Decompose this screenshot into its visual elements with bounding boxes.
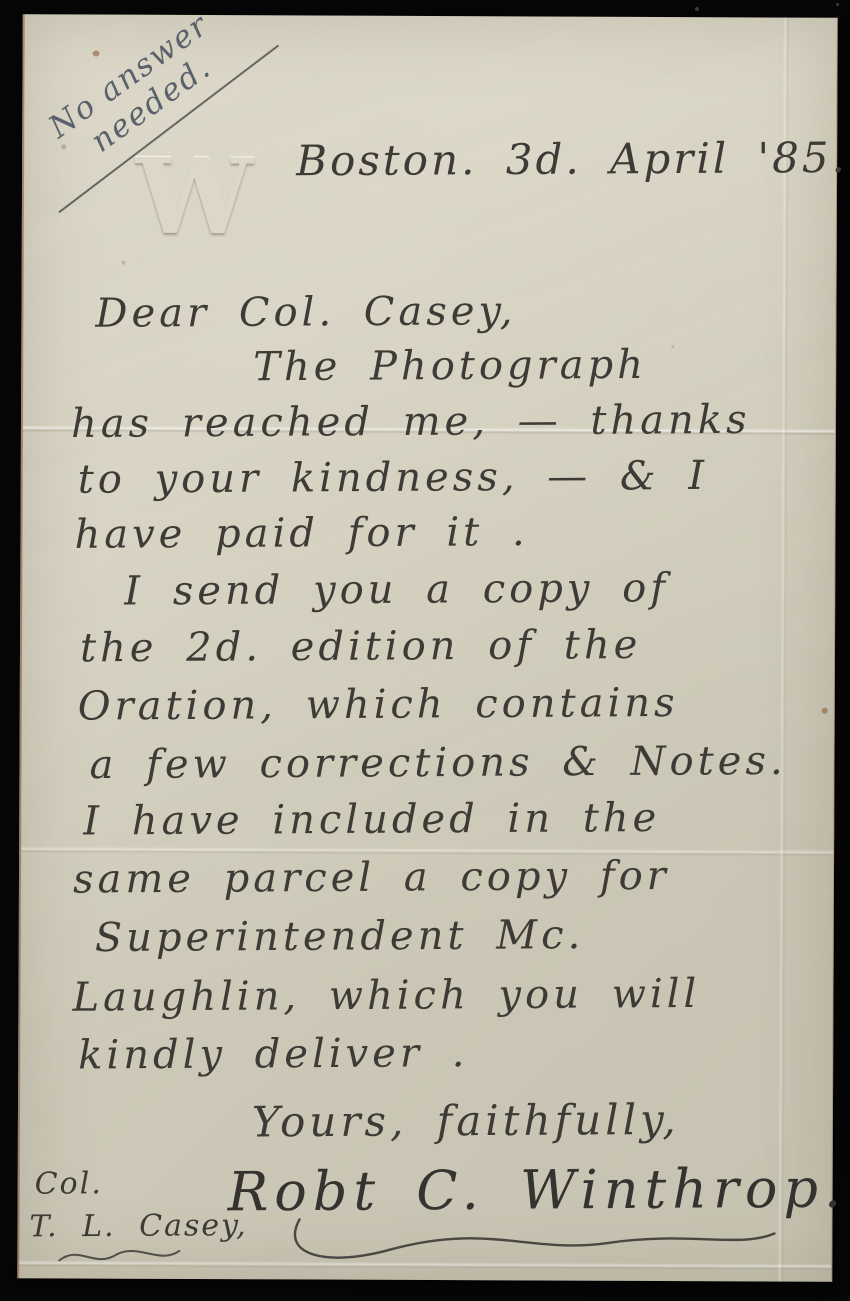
salutation: Dear Col. Casey,: [95, 288, 516, 337]
body-line: a few corrections & Notes.: [89, 738, 786, 788]
recipient-line: Col.: [35, 1166, 103, 1201]
letter-paper: W No answer needed. Boston. 3d. April '8…: [17, 14, 838, 1282]
body-line: I send you a copy of: [124, 565, 669, 614]
body-line: have paid for it .: [74, 509, 528, 558]
dust-speck: [836, 3, 839, 6]
foxing-spot: [671, 345, 674, 348]
body-line: I have included in the: [83, 795, 660, 845]
signature-flourish: [269, 1211, 789, 1273]
body-line: same parcel a copy for: [73, 853, 670, 903]
dateline: Boston. 3d. April '85.: [296, 133, 848, 185]
embossed-monogram-w: W: [136, 145, 253, 250]
body-line: the 2d. edition of the: [80, 622, 642, 671]
scan-background: W No answer needed. Boston. 3d. April '8…: [0, 0, 850, 1301]
fold-crease-vertical: [777, 18, 790, 1282]
foxing-spot: [822, 708, 828, 714]
dust-speck: [695, 7, 699, 11]
body-line: Superintendent Mc.: [95, 912, 585, 961]
body-line: Oration, which contains: [78, 680, 679, 730]
body-line: The Photograph: [253, 342, 647, 390]
body-line: Laughlin, which you will: [72, 971, 700, 1021]
body-line: to your kindness, — & I: [78, 453, 709, 503]
closing: Yours, faithfully,: [252, 1095, 680, 1147]
recipient-line: T. L. Casey,: [29, 1208, 247, 1244]
body-line: kindly deliver .: [78, 1030, 468, 1078]
foxing-spot: [122, 261, 126, 265]
body-line: has reached me, — thanks: [71, 397, 751, 447]
recipient-flourish: [54, 1242, 184, 1273]
foxing-spot: [93, 51, 100, 57]
